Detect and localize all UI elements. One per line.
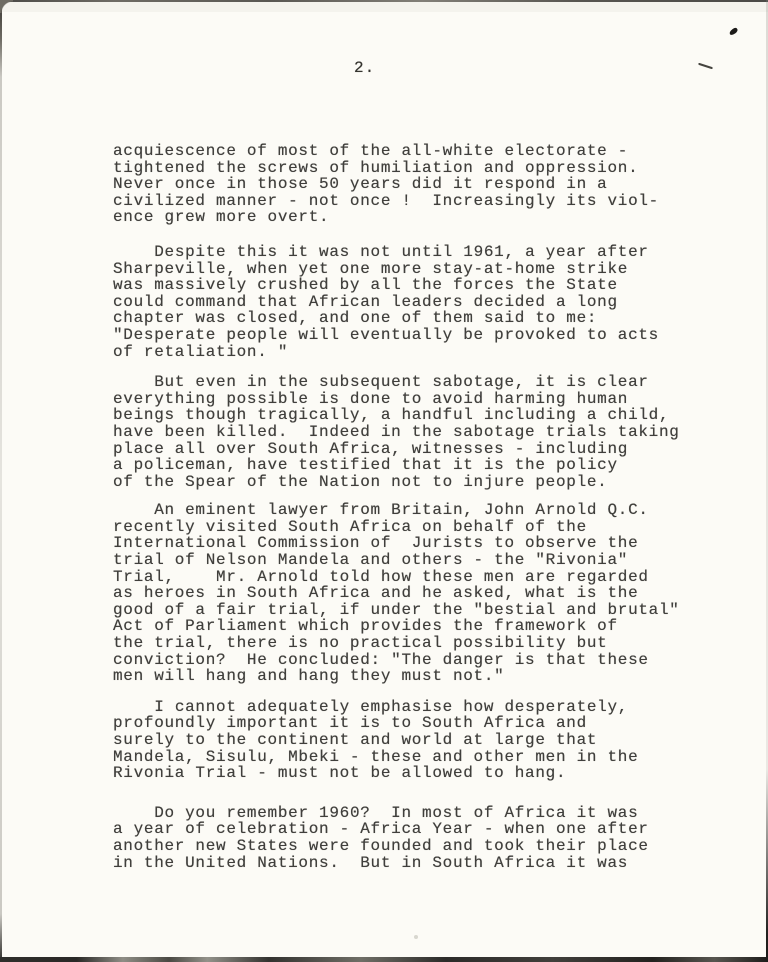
scan-tone-band [0, 2, 768, 12]
pen-stroke-icon [698, 63, 713, 70]
paragraph: An eminent lawyer from Britain, John Arn… [113, 502, 713, 685]
ink-speck-icon [728, 27, 738, 36]
scan-edge-left [0, 0, 2, 962]
scan-dust-dot [414, 935, 418, 939]
paragraph: Do you remember 1960? In most of Africa … [113, 805, 713, 871]
paragraph: I cannot adequately emphasise how desper… [113, 699, 713, 782]
paper-corner-topleft [0, 0, 13, 13]
paragraph: Despite this it was not until 1961, a ye… [113, 244, 713, 360]
paragraph: But even in the subsequent sabotage, it … [113, 374, 713, 490]
scan-edge-top [0, 0, 768, 2]
paragraph: acquiescence of most of the all-white el… [113, 143, 713, 226]
scanned-page: 2. acquiescence of most of the all-white… [0, 0, 768, 962]
page-number: 2. [354, 59, 375, 77]
document-body: acquiescence of most of the all-white el… [113, 143, 713, 871]
scan-edge-bottom [0, 957, 768, 962]
